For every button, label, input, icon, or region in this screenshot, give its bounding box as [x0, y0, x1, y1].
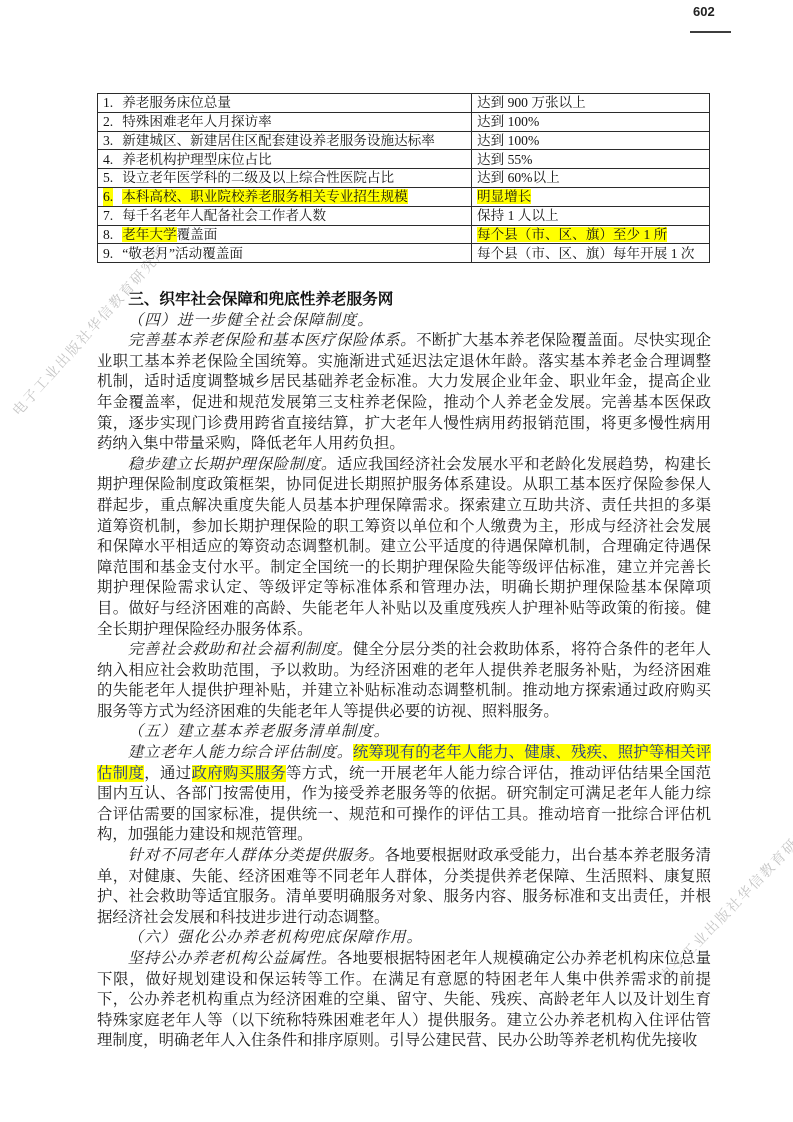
subsection-heading: （六）强化公办养老机构兜底保障作用。: [97, 928, 711, 949]
header-rule: [690, 31, 731, 33]
indicator-cell: 1.养老服务床位总量: [98, 94, 472, 113]
indicator-cell: 5.设立老年医学科的二级及以上综合性医院占比: [98, 169, 472, 188]
highlighted-text: 明显增长: [477, 189, 531, 204]
paragraph: 坚持公办养老机构公益属性。各地要根据特困老年人规模确定公办养老机构床位总量下限，…: [97, 949, 711, 1052]
row-number: 1.: [103, 94, 113, 112]
text: 每千名老年人配备社会工作者人数: [122, 208, 326, 223]
lead-sentence: 针对不同老年人群体分类提供服务。: [128, 847, 385, 864]
table-row: 2.特殊困难老年人月探访率达到 100%: [98, 112, 710, 131]
indicator-table-body: 1.养老服务床位总量达到 900 万张以上2.特殊困难老年人月探访率达到 100…: [98, 94, 710, 263]
lead-sentence: 坚持公办养老机构公益属性。: [128, 950, 337, 967]
row-number: 6.: [103, 188, 113, 206]
paragraph: 建立老年人能力综合评估制度。统筹现有的老年人能力、健康、残疾、照护等相关评估制度…: [97, 743, 711, 846]
text: 每个县（市、区、旗）每年开展 1 次: [477, 246, 695, 261]
target-cell: 达到 100%: [472, 112, 710, 131]
document-page: 602 电子工业出版社华信教育研究所 电子工业出版社华信教育研究所 1.养老服务…: [0, 0, 793, 1122]
text: 设立老年医学科的二级及以上综合性医院占比: [122, 170, 394, 185]
page-number: 602: [693, 4, 715, 19]
table-row: 9.“敬老月”活动覆盖面每个县（市、区、旗）每年开展 1 次: [98, 244, 710, 263]
text: （四）进一步健全社会保障制度。: [128, 312, 374, 329]
row-number: 5.: [103, 169, 113, 187]
paragraph: 完善基本养老保险和基本医疗保险体系。不断扩大基本养老保险覆盖面。尽快实现企业职工…: [97, 331, 711, 455]
table-row: 6.本科高校、职业院校养老服务相关专业招生规模明显增长: [98, 187, 710, 206]
table-row: 7.每千名老年人配备社会工作者人数保持 1 人以上: [98, 206, 710, 225]
text: 达到 60%以上: [477, 170, 560, 185]
lead-sentence: 建立老年人能力综合评估制度。: [128, 744, 353, 761]
text: （六）强化公办养老机构兜底保障作用。: [128, 929, 423, 946]
text: 养老服务床位总量: [122, 95, 231, 110]
indicator-cell: 3.新建城区、新建居住区配套建设养老服务设施达标率: [98, 131, 472, 150]
target-cell: 达到 55%: [472, 150, 710, 169]
paragraph: 针对不同老年人群体分类提供服务。各地要根据财政承受能力，出台基本养老服务清单，对…: [97, 846, 711, 928]
indicator-cell: 7.每千名老年人配备社会工作者人数: [98, 206, 472, 225]
indicator-cell: 2.特殊困难老年人月探访率: [98, 112, 472, 131]
row-number: 3.: [103, 132, 113, 150]
text: 养老机构护理型床位占比: [122, 152, 272, 167]
target-cell: 达到 60%以上: [472, 169, 710, 188]
table-row: 4.养老机构护理型床位占比达到 55%: [98, 150, 710, 169]
text: 适应我国经济社会发展水平和老龄化发展趋势，构建长期护理保险制度政策框架，协同促进…: [97, 456, 711, 638]
text: 不断扩大基本养老保险覆盖面。尽快实现企业职工基本养老保险全国统筹。实施渐进式延迟…: [97, 332, 711, 452]
section-heading: 三、织牢社会保障和兜底性养老服务网: [97, 290, 711, 311]
text: “敬老月”活动覆盖面: [122, 246, 243, 261]
text: 达到 100%: [477, 114, 539, 129]
target-cell: 每个县（市、区、旗）每年开展 1 次: [472, 244, 710, 263]
text: 特殊困难老年人月探访率: [122, 114, 272, 129]
paragraph: 完善社会救助和社会福利制度。健全分层分类的社会救助体系，将符合条件的老年人纳入相…: [97, 640, 711, 722]
table-row: 3.新建城区、新建居住区配套建设养老服务设施达标率达到 100%: [98, 131, 710, 150]
indicator-cell: 9.“敬老月”活动覆盖面: [98, 244, 472, 263]
text: 达到 100%: [477, 133, 539, 148]
highlighted-text: 老年大学: [122, 227, 176, 242]
target-cell: 每个县（市、区、旗）至少 1 所: [472, 225, 710, 244]
highlighted-text: 每个县（市、区、旗）至少 1 所: [477, 227, 667, 242]
table-row: 5.设立老年医学科的二级及以上综合性医院占比达到 60%以上: [98, 169, 710, 188]
indicator-cell: 8.老年大学覆盖面: [98, 225, 472, 244]
indicator-cell: 4.养老机构护理型床位占比: [98, 150, 472, 169]
lead-sentence: 完善基本养老保险和基本医疗保险体系。: [128, 332, 416, 349]
subsection-heading: （五）建立基本养老服务清单制度。: [97, 722, 711, 743]
target-cell: 明显增长: [472, 187, 710, 206]
target-cell: 达到 100%: [472, 131, 710, 150]
row-number: 9.: [103, 245, 113, 263]
text: ，通过: [144, 765, 191, 782]
lead-sentence: 稳步建立长期护理保险制度。: [128, 456, 337, 473]
row-number: 8.: [103, 226, 113, 244]
text: 达到 55%: [477, 152, 533, 167]
text: （五）建立基本养老服务清单制度。: [128, 723, 390, 740]
lead-sentence: 完善社会救助和社会福利制度。: [128, 641, 353, 658]
paragraph: 稳步建立长期护理保险制度。适应我国经济社会发展水平和老龄化发展趋势，构建长期护理…: [97, 455, 711, 640]
row-number: 2.: [103, 113, 113, 131]
text: 覆盖面: [177, 227, 218, 242]
text: 新建城区、新建居住区配套建设养老服务设施达标率: [122, 133, 435, 148]
target-cell: 保持 1 人以上: [472, 206, 710, 225]
highlighted-text: 本科高校、职业院校养老服务相关专业招生规模: [122, 189, 407, 204]
indicator-cell: 6.本科高校、职业院校养老服务相关专业招生规模: [98, 187, 472, 206]
indicator-table: 1.养老服务床位总量达到 900 万张以上2.特殊困难老年人月探访率达到 100…: [97, 93, 710, 263]
text: 保持 1 人以上: [477, 208, 559, 223]
document-content: 三、织牢社会保障和兜底性养老服务网（四）进一步健全社会保障制度。完善基本养老保险…: [97, 290, 711, 1052]
text: 达到 900 万张以上: [477, 95, 586, 110]
table-row: 1.养老服务床位总量达到 900 万张以上: [98, 94, 710, 113]
row-number: 4.: [103, 151, 113, 169]
row-number: 7.: [103, 207, 113, 225]
subsection-heading: （四）进一步健全社会保障制度。: [97, 311, 711, 332]
text: 三、织牢社会保障和兜底性养老服务网: [128, 291, 393, 308]
target-cell: 达到 900 万张以上: [472, 94, 710, 113]
highlighted-text: 政府购买服务: [192, 765, 287, 782]
table-row: 8.老年大学覆盖面每个县（市、区、旗）至少 1 所: [98, 225, 710, 244]
